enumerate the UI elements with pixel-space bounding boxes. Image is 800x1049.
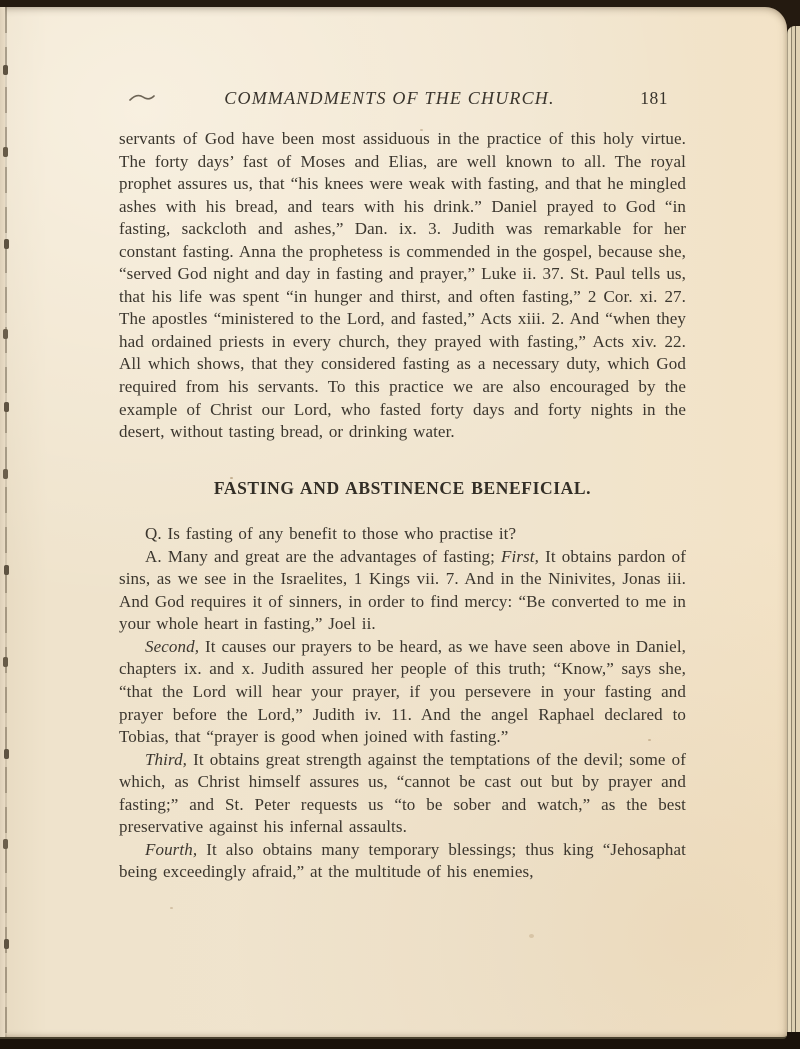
italic-text-run: Second, — [145, 637, 199, 656]
page-number: 181 — [640, 88, 668, 109]
text-run: It obtains great strength against the te… — [119, 750, 686, 837]
page-edge-stack — [787, 26, 800, 1032]
paragraph: Q. Is fasting of any benefit to those wh… — [119, 523, 686, 546]
page-header: COMMANDMENTS OF THE CHURCH. 181 — [119, 88, 686, 111]
paragraph: Fourth, It also obtains many temporary b… — [119, 839, 686, 884]
text-run: Q. Is fasting of any benefit to those wh… — [145, 524, 516, 543]
section-heading: FASTING AND ABSTINENCE BENEFICIAL. — [119, 477, 686, 500]
text-run: A. Many and great are the advantages of … — [145, 547, 501, 566]
text-run: servants of God have been most assiduous… — [119, 129, 686, 441]
page-body-text: servants of God have been most assiduous… — [119, 128, 686, 884]
book-page: COMMANDMENTS OF THE CHURCH. 181 servants… — [0, 7, 787, 1039]
paragraph: Second, It causes our prayers to be hear… — [119, 636, 686, 749]
paragraph: servants of God have been most assiduous… — [119, 128, 686, 444]
running-title: COMMANDMENTS OF THE CHURCH. — [119, 88, 686, 109]
italic-text-run: Fourth, — [145, 840, 197, 859]
italic-text-run: First, — [501, 547, 539, 566]
text-run: It also obtains many temporary blessings… — [119, 840, 686, 882]
italic-text-run: Third, — [145, 750, 187, 769]
paragraph: Third, It obtains great strength against… — [119, 749, 686, 839]
handwritten-mark — [128, 92, 156, 104]
binding-line — [5, 7, 7, 1037]
paragraph: A. Many and great are the advantages of … — [119, 546, 686, 636]
text-run: It causes our prayers to be heard, as we… — [119, 637, 686, 746]
paper-specks — [230, 477, 233, 479]
binding-stitch-marks — [3, 65, 8, 75]
scanned-page: COMMANDMENTS OF THE CHURCH. 181 servants… — [0, 0, 800, 1049]
